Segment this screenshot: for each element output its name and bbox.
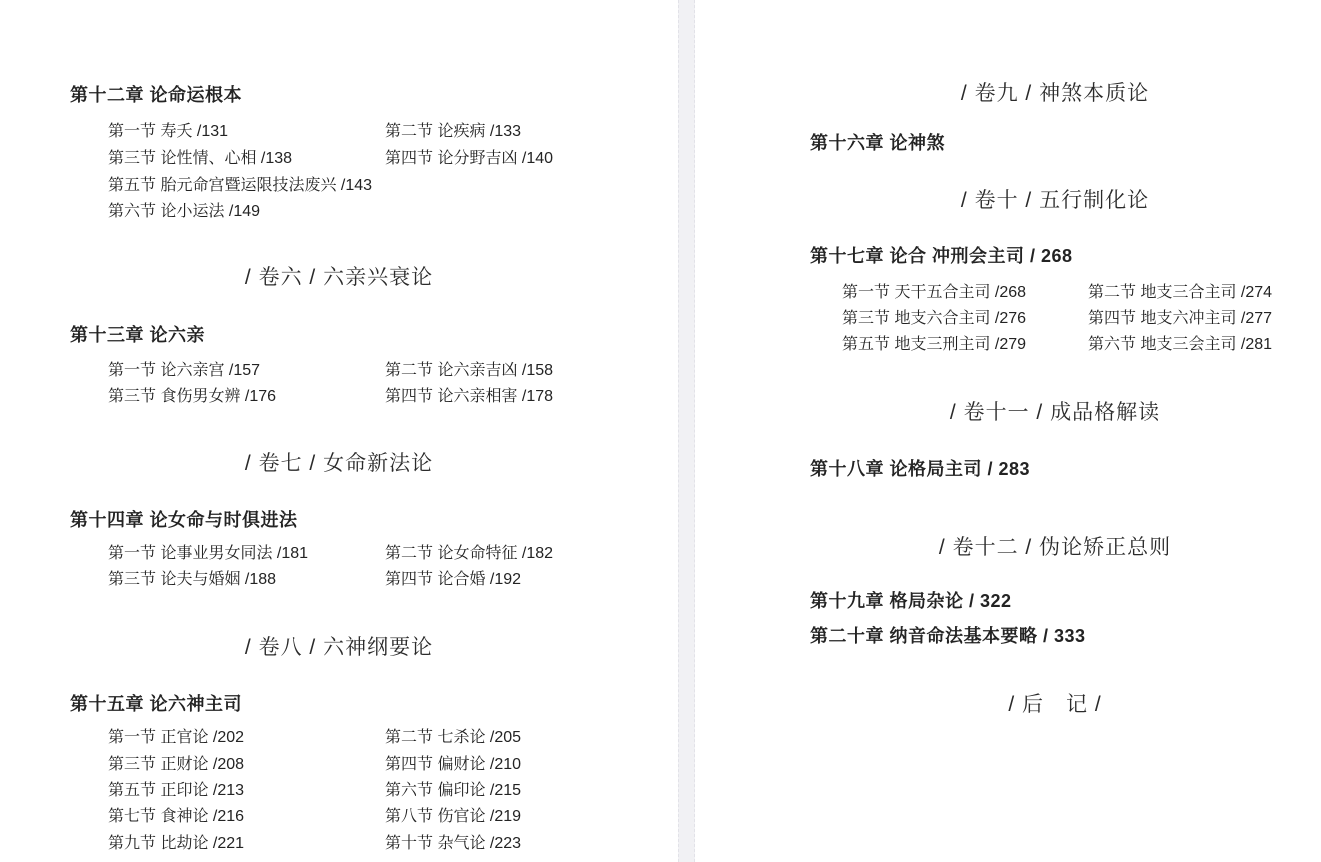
toc-entry: 第四节 论六亲相害 /178 xyxy=(385,386,553,407)
toc-row: 第三节 论性情、心相 /138 第四节 论分野吉凶 /140 xyxy=(108,148,553,169)
toc-row: 第六节 论小运法 /149 xyxy=(108,201,385,222)
chapter-15-title: 第十五章 论六神主司 xyxy=(70,693,242,715)
toc-row: 第五节 正印论 /213 第六节 偏印论 /215 xyxy=(108,780,521,801)
chapter-16-title: 第十六章 论神煞 xyxy=(810,132,945,154)
chapter-13-title: 第十三章 论六亲 xyxy=(70,324,205,346)
toc-entry: 第四节 地支六冲主司 /277 xyxy=(1088,308,1272,329)
toc-row: 第五节 地支三刑主司 /279 第六节 地支三会主司 /281 xyxy=(842,334,1272,355)
toc-entry: 第四节 偏财论 /210 xyxy=(385,754,521,775)
chapter-19-title: 第十九章 格局杂论 / 322 xyxy=(810,590,1012,612)
toc-entry: 第四节 论分野吉凶 /140 xyxy=(385,148,553,169)
toc-entry: 第七节 食神论 /216 xyxy=(108,806,385,827)
chapter-18-title: 第十八章 论格局主司 / 283 xyxy=(810,458,1030,480)
toc-entry: 第六节 偏印论 /215 xyxy=(385,780,521,801)
toc-entry: 第二节 论六亲吉凶 /158 xyxy=(385,360,553,381)
volume-11-heading: / 卷十一 / 成品格解读 xyxy=(695,400,1321,426)
toc-entry: 第十节 杂气论 /223 xyxy=(385,833,521,854)
toc-entry: 第一节 天干五合主司 /268 xyxy=(842,282,1088,303)
toc-row: 第三节 论夫与婚姻 /188 第四节 论合婚 /192 xyxy=(108,569,521,590)
toc-entry: 第四节 论合婚 /192 xyxy=(385,569,521,590)
toc-row: 第一节 正官论 /202 第二节 七杀论 /205 xyxy=(108,727,521,748)
toc-entry: 第二节 地支三合主司 /274 xyxy=(1088,282,1272,303)
page-gutter xyxy=(678,0,695,862)
toc-row: 第一节 论事业男女同法 /181 第二节 论女命特征 /182 xyxy=(108,543,553,564)
toc-entry: 第一节 寿夭 /131 xyxy=(108,121,385,142)
left-page: 第十二章 论命运根本 第一节 寿夭 /131 第二节 论疾病 /133 第三节 … xyxy=(0,0,678,862)
toc-row: 第七节 食神论 /216 第八节 伤官论 /219 xyxy=(108,806,521,827)
toc-entry: 第一节 论事业男女同法 /181 xyxy=(108,543,385,564)
chapter-14-title: 第十四章 论女命与时俱进法 xyxy=(70,509,298,531)
toc-row: 第三节 地支六合主司 /276 第四节 地支六冲主司 /277 xyxy=(842,308,1272,329)
volume-10-heading: / 卷十 / 五行制化论 xyxy=(695,188,1321,214)
volume-12-heading: / 卷十二 / 伪论矫正总则 xyxy=(695,535,1321,561)
toc-entry: 第五节 胎元命宫暨运限技法废兴 /143 xyxy=(108,175,385,196)
toc-entry: 第八节 伤官论 /219 xyxy=(385,806,521,827)
toc-entry: 第三节 正财论 /208 xyxy=(108,754,385,775)
volume-9-heading: / 卷九 / 神煞本质论 xyxy=(695,81,1321,107)
toc-entry: 第六节 地支三会主司 /281 xyxy=(1088,334,1272,355)
toc-entry: 第五节 正印论 /213 xyxy=(108,780,385,801)
toc-entry: 第三节 地支六合主司 /276 xyxy=(842,308,1088,329)
chapter-12-title: 第十二章 论命运根本 xyxy=(70,84,242,106)
toc-entry: 第三节 论夫与婚姻 /188 xyxy=(108,569,385,590)
toc-entry: 第六节 论小运法 /149 xyxy=(108,201,385,222)
toc-row: 第一节 寿夭 /131 第二节 论疾病 /133 xyxy=(108,121,521,142)
toc-entry: 第九节 比劫论 /221 xyxy=(108,833,385,854)
toc-row: 第九节 比劫论 /221 第十节 杂气论 /223 xyxy=(108,833,521,854)
toc-row: 第五节 胎元命宫暨运限技法废兴 /143 xyxy=(108,175,385,196)
volume-7-heading: / 卷七 / 女命新法论 xyxy=(0,451,678,477)
toc-row: 第一节 天干五合主司 /268 第二节 地支三合主司 /274 xyxy=(842,282,1272,303)
toc-entry: 第一节 论六亲宫 /157 xyxy=(108,360,385,381)
chapter-17-title: 第十七章 论合 冲刑会主司 / 268 xyxy=(810,245,1073,267)
toc-entry: 第二节 论疾病 /133 xyxy=(385,121,521,142)
volume-6-heading: / 卷六 / 六亲兴衰论 xyxy=(0,265,678,291)
toc-row: 第三节 食伤男女辨 /176 第四节 论六亲相害 /178 xyxy=(108,386,553,407)
right-page: / 卷九 / 神煞本质论 第十六章 论神煞 / 卷十 / 五行制化论 第十七章 … xyxy=(695,0,1321,862)
toc-row: 第三节 正财论 /208 第四节 偏财论 /210 xyxy=(108,754,521,775)
volume-8-heading: / 卷八 / 六神纲要论 xyxy=(0,635,678,661)
toc-row: 第一节 论六亲宫 /157 第二节 论六亲吉凶 /158 xyxy=(108,360,553,381)
toc-entry: 第二节 论女命特征 /182 xyxy=(385,543,553,564)
toc-entry: 第一节 正官论 /202 xyxy=(108,727,385,748)
toc-entry: 第二节 七杀论 /205 xyxy=(385,727,521,748)
toc-entry: 第三节 食伤男女辨 /176 xyxy=(108,386,385,407)
toc-entry: 第三节 论性情、心相 /138 xyxy=(108,148,385,169)
toc-entry: 第五节 地支三刑主司 /279 xyxy=(842,334,1088,355)
afterword-heading: / 后 记 / xyxy=(695,692,1321,718)
chapter-20-title: 第二十章 纳音命法基本要略 / 333 xyxy=(810,625,1086,647)
